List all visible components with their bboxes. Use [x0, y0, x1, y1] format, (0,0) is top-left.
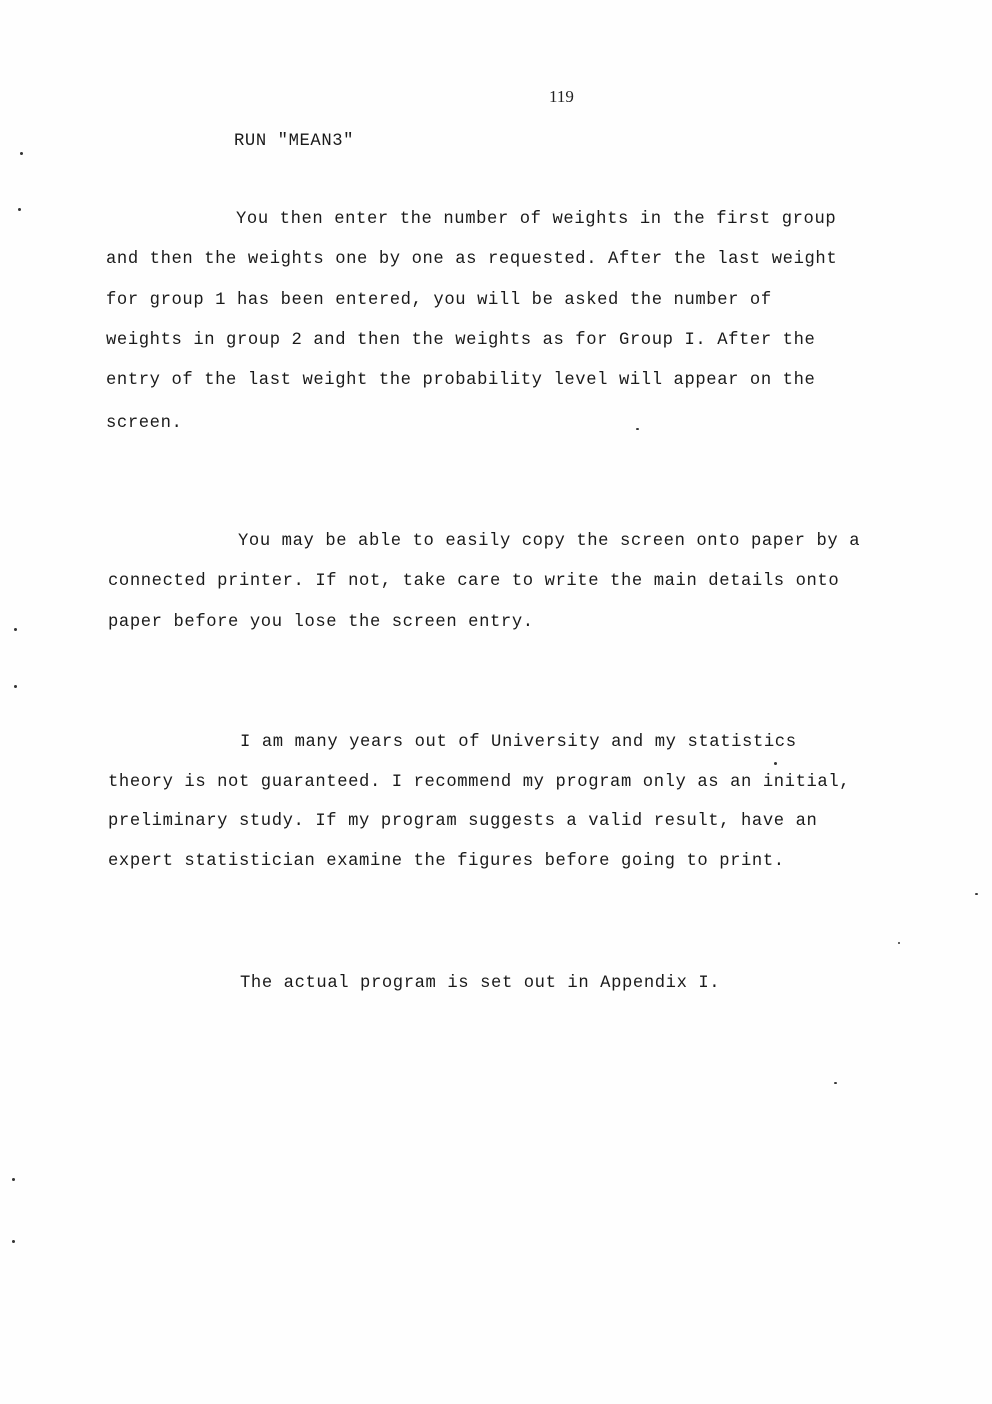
- text-line: expert statistician examine the figures …: [108, 852, 785, 872]
- text-line: I am many years out of University and my…: [240, 733, 797, 753]
- text-line: connected printer. If not, take care to …: [108, 572, 839, 592]
- scan-speck: [14, 685, 17, 688]
- document-page: 119 RUN "MEAN3" You then enter the numbe…: [0, 0, 992, 1404]
- text-line: screen.: [106, 414, 182, 434]
- text-line: entry of the last weight the probability…: [106, 371, 815, 391]
- text-line: and then the weights one by one as reque…: [106, 250, 837, 270]
- scan-speck: [18, 208, 21, 211]
- text-line: for group 1 has been entered, you will b…: [106, 291, 772, 311]
- scan-speck: [975, 893, 978, 895]
- scan-speck: [636, 428, 639, 430]
- text-line: The actual program is set out in Appendi…: [240, 974, 720, 994]
- scan-speck: [12, 1240, 15, 1243]
- scan-speck: [774, 762, 777, 765]
- page-number: 119: [549, 87, 574, 107]
- text-line: paper before you lose the screen entry.: [108, 613, 534, 633]
- text-line: theory is not guaranteed. I recommend my…: [108, 773, 850, 793]
- text-line: You may be able to easily copy the scree…: [238, 532, 860, 552]
- scan-speck: [834, 1082, 837, 1084]
- run-command: RUN "MEAN3": [234, 132, 354, 152]
- scan-speck: [20, 152, 23, 155]
- scan-speck: [898, 942, 900, 944]
- scan-speck: [12, 1178, 15, 1181]
- scan-speck: [14, 628, 17, 631]
- text-line: weights in group 2 and then the weights …: [106, 331, 815, 351]
- text-line: preliminary study. If my program suggest…: [108, 812, 817, 832]
- text-line: You then enter the number of weights in …: [236, 210, 836, 230]
